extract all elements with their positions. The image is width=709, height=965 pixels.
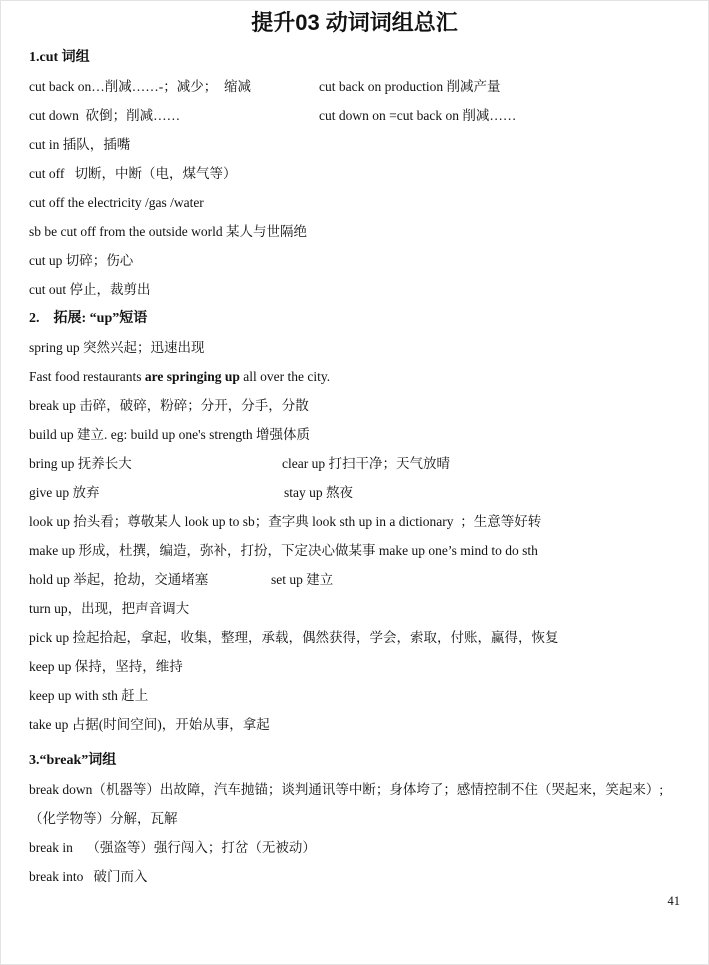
document-content: 1.cut 词组cut back on…削减……-；减少； 缩减cut back… <box>1 37 708 891</box>
text-segment: cut up 切碎；伤心 <box>29 253 133 268</box>
document-page: 提升03 动词词组总汇 1.cut 词组cut back on…削减……-；减少… <box>0 0 709 965</box>
text-segment: build up 建立. eg: build up one's strength… <box>29 427 310 442</box>
doc-line: give up 放弃stay up 熬夜 <box>1 478 708 507</box>
text-segment: turn up，出现，把声音调大 <box>29 601 189 616</box>
doc-line: break in （强盗等）强行闯入；打岔（无被动） <box>1 833 708 862</box>
text-segment: are springing up <box>145 369 240 384</box>
text-segment: 3.“break”词组 <box>29 753 116 768</box>
text-segment: cut down on =cut back on 削减…… <box>319 101 516 130</box>
doc-line: keep up 保持，坚持，维持 <box>1 652 708 681</box>
doc-line: take up 占据(时间空间)，开始从事，拿起 <box>1 710 708 739</box>
doc-line: bring up 抚养长大clear up 打扫干净；天气放晴 <box>1 449 708 478</box>
text-segment: clear up 打扫干净；天气放晴 <box>282 449 450 478</box>
section-heading: 1.cut 词组 <box>1 43 708 72</box>
text-segment: hold up 举起，抢劫，交通堵塞 <box>29 572 208 587</box>
text-segment: keep up with sth 赶上 <box>29 688 148 703</box>
text-segment: cut back on production 削减产量 <box>319 72 500 101</box>
doc-line: look up 抬头看；尊敬某人 look up to sb；查字典 look … <box>1 507 708 536</box>
text-segment: break into 破门而入 <box>29 869 147 884</box>
section-heading: 2.拓展: “up”短语 <box>1 304 708 333</box>
doc-line: pick up 捡起拾起，拿起，收集，整理，承载，偶然获得，学会，索取，付账，赢… <box>1 623 708 652</box>
doc-line: build up 建立. eg: build up one's strength… <box>1 420 708 449</box>
text-segment: stay up 熬夜 <box>284 478 353 507</box>
text-segment: sb be cut off from the outside world 某人与… <box>29 224 307 239</box>
text-segment: keep up 保持，坚持，维持 <box>29 659 183 674</box>
doc-line: break up 击碎，破碎，粉碎；分开，分手，分散 <box>1 391 708 420</box>
doc-line: cut down 砍倒；削减……cut down on =cut back on… <box>1 101 708 130</box>
text-segment: look up 抬头看；尊敬某人 look up to sb；查字典 look … <box>29 514 541 529</box>
doc-line: hold up 举起，抢劫，交通堵塞set up 建立 <box>1 565 708 594</box>
doc-line: cut off the electricity /gas /water <box>1 188 708 217</box>
doc-line: Fast food restaurants are springing up a… <box>1 362 708 391</box>
doc-line: sb be cut off from the outside world 某人与… <box>1 217 708 246</box>
doc-line: break into 破门而入 <box>1 862 708 891</box>
text-segment: cut out 停止，裁剪出 <box>29 282 151 297</box>
doc-line: make up 形成，杜撰，编造，弥补，打扮，下定决心做某事 make up o… <box>1 536 708 565</box>
text-segment: cut in 插队，插嘴 <box>29 137 130 152</box>
text-segment: cut off 切断，中断（电，煤气等） <box>29 166 237 181</box>
text-segment: cut off the electricity /gas /water <box>29 195 204 210</box>
doc-line: spring up 突然兴起；迅速出现 <box>1 333 708 362</box>
doc-line: cut up 切碎；伤心 <box>1 246 708 275</box>
page-number: 41 <box>668 893 681 909</box>
text-segment: take up 占据(时间空间)，开始从事，拿起 <box>29 717 270 732</box>
doc-line: keep up with sth 赶上 <box>1 681 708 710</box>
text-segment: break up 击碎，破碎，粉碎；分开，分手，分散 <box>29 398 309 413</box>
text-segment: break down（机器等）出故障，汽车抛锚；谈判通讯等中断；身体垮了；感情控… <box>29 782 663 826</box>
text-segment: pick up 捡起拾起，拿起，收集，整理，承载，偶然获得，学会，索取，付账，赢… <box>29 630 559 645</box>
text-segment: make up 形成，杜撰，编造，弥补，打扮，下定决心做某事 make up o… <box>29 543 538 558</box>
text-segment: bring up 抚养长大 <box>29 456 132 471</box>
text-segment: give up 放弃 <box>29 485 100 500</box>
text-segment: cut down 砍倒；削减…… <box>29 108 180 123</box>
text-segment: all over the city. <box>240 369 330 384</box>
doc-line: cut in 插队，插嘴 <box>1 130 708 159</box>
text-segment: break in （强盗等）强行闯入；打岔（无被动） <box>29 840 316 855</box>
text-segment: 2. <box>29 311 40 326</box>
doc-line: cut out 停止，裁剪出 <box>1 275 708 304</box>
text-segment: set up 建立 <box>271 565 333 594</box>
text-segment: spring up 突然兴起；迅速出现 <box>29 340 205 355</box>
doc-line: cut off 切断，中断（电，煤气等） <box>1 159 708 188</box>
text-segment: cut back on…削减……-；减少； 缩减 <box>29 79 251 94</box>
text-segment: 1.cut 词组 <box>29 50 90 65</box>
text-segment: Fast food restaurants <box>29 369 145 384</box>
page-title: 提升03 动词词组总汇 <box>1 1 708 37</box>
doc-line: turn up，出现，把声音调大 <box>1 594 708 623</box>
doc-line: cut back on…削减……-；减少； 缩减cut back on prod… <box>1 72 708 101</box>
section-heading: 3.“break”词组 <box>1 746 708 775</box>
doc-line: break down（机器等）出故障，汽车抛锚；谈判通讯等中断；身体垮了；感情控… <box>1 775 708 833</box>
text-segment: 拓展: “up”短语 <box>54 311 148 326</box>
